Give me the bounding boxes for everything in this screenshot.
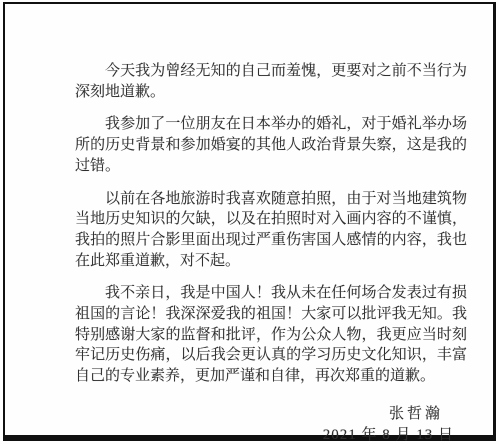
letter-paragraph-3: 以前在各地旅游时我喜欢随意拍照，由于对当地建筑物当地历史知识的欠缺，以及在拍照时…: [75, 189, 467, 272]
letter-paragraph-2: 我参加了一位朋友在日本举办的婚礼，对于婚礼举办场所的历史背景和参加婚宴的其他人政…: [75, 114, 467, 176]
signature-block: 张哲瀚 2021 年 8 月 13 日: [75, 404, 467, 444]
signature-name: 张哲瀚: [75, 404, 467, 425]
letter-page: 今天我为曾经无知的自己而羞愧，更要对之前不当行为深刻地道歉。 我参加了一位朋友在…: [0, 0, 499, 444]
letter-paragraph-4: 我不亲日，我是中国人！我从未在任何场合发表过有损祖国的言论！我深深爱我的祖国！大…: [75, 283, 467, 387]
letter-body: 今天我为曾经无知的自己而羞愧，更要对之前不当行为深刻地道歉。 我参加了一位朋友在…: [75, 61, 467, 444]
letter-paragraph-1: 今天我为曾经无知的自己而羞愧，更要对之前不当行为深刻地道歉。: [75, 61, 467, 102]
letter-frame: 今天我为曾经无知的自己而羞愧，更要对之前不当行为深刻地道歉。 我参加了一位朋友在…: [3, 2, 496, 441]
signature-date: 2021 年 8 月 13 日: [75, 425, 467, 444]
